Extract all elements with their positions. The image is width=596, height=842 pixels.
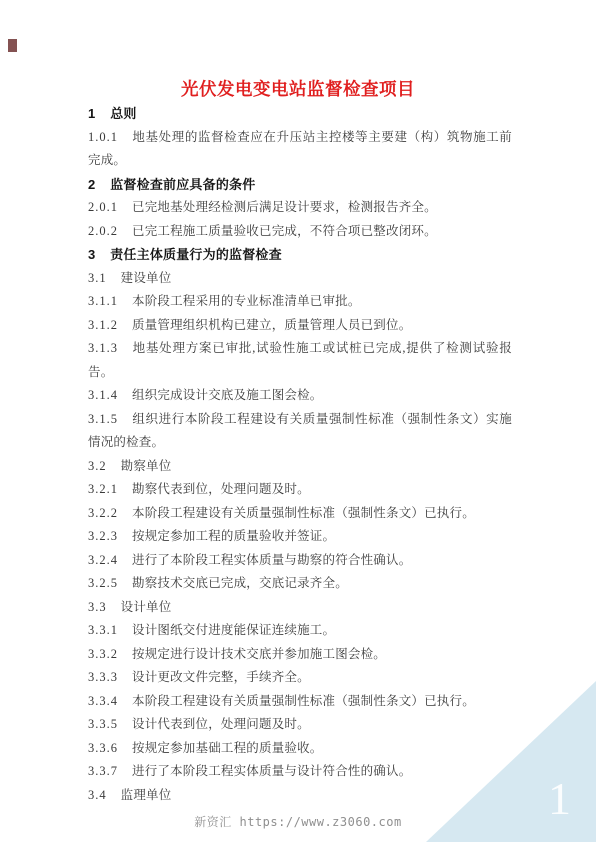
doc-line: 3.1.3地基处理方案已审批,试验性施工或试桩已完成,提供了检测试验报告。 <box>88 337 512 384</box>
clause-number: 3.3.5 <box>88 713 118 737</box>
clause-number: 3.3.4 <box>88 690 118 714</box>
doc-line: 3.1.2质量管理组织机构已建立，质量管理人员已到位。 <box>88 314 512 338</box>
doc-line: 3.3.7进行了本阶段工程实体质量与设计符合性的确认。 <box>88 760 512 784</box>
clause-number: 3.2.1 <box>88 478 118 502</box>
clause-number: 3 <box>88 243 96 267</box>
clause-number: 3.3.7 <box>88 760 118 784</box>
clause-text: 勘察代表到位，处理问题及时。 <box>132 482 310 496</box>
doc-line: 3.2勘察单位 <box>88 455 512 479</box>
doc-line: 3责任主体质量行为的监督检查 <box>88 243 512 267</box>
clause-number: 3.1.3 <box>88 337 118 361</box>
clause-number: 3.3.1 <box>88 619 118 643</box>
clause-text: 进行了本阶段工程实体质量与设计符合性的确认。 <box>132 764 411 778</box>
document-body: 1总则 1.0.1地基处理的监督检查应在升压站主控楼等主要建（构）筑物施工前完成… <box>88 102 512 807</box>
clause-text: 进行了本阶段工程实体质量与勘察的符合性确认。 <box>132 553 411 567</box>
clause-text: 地基处理的监督检查应在升压站主控楼等主要建（构）筑物施工前完成。 <box>88 130 512 168</box>
clause-text: 本阶段工程采用的专业标准清单已审批。 <box>132 294 361 308</box>
doc-line: 2.0.1已完地基处理经检测后满足设计要求，检测报告齐全。 <box>88 196 512 220</box>
doc-line: 2监督检查前应具备的条件 <box>88 173 512 197</box>
clause-number: 2.0.1 <box>88 196 118 220</box>
clause-text: 责任主体质量行为的监督检查 <box>110 247 282 262</box>
clause-text: 本阶段工程建设有关质量强制性标准（强制性条文）已执行。 <box>132 506 475 520</box>
clause-number: 3.2.2 <box>88 502 118 526</box>
clause-number: 2.0.2 <box>88 220 118 244</box>
doc-line: 3.2.1勘察代表到位，处理问题及时。 <box>88 478 512 502</box>
clause-number: 1.0.1 <box>88 126 118 150</box>
doc-line: 3.2.2本阶段工程建设有关质量强制性标准（强制性条文）已执行。 <box>88 502 512 526</box>
clause-number: 3.1.5 <box>88 408 118 432</box>
clause-text: 设计图纸交付进度能保证连续施工。 <box>132 623 335 637</box>
doc-line: 3.1.4组织完成设计交底及施工图会检。 <box>88 384 512 408</box>
clause-text: 已完地基处理经检测后满足设计要求，检测报告齐全。 <box>132 200 437 214</box>
doc-line: 3.1.5组织进行本阶段工程建设有关质量强制性标准（强制性条文）实施情况的检查。 <box>88 408 512 455</box>
doc-line: 3.1建设单位 <box>88 267 512 291</box>
clause-text: 质量管理组织机构已建立，质量管理人员已到位。 <box>132 318 411 332</box>
doc-line: 3.3设计单位 <box>88 596 512 620</box>
clause-number: 1 <box>88 102 96 126</box>
clause-number: 3.1.1 <box>88 290 118 314</box>
clause-number: 3.3 <box>88 596 107 620</box>
clause-text: 组织完成设计交底及施工图会检。 <box>132 388 323 402</box>
document-page: 光伏发电变电站监督检查项目 1总则 1.0.1地基处理的监督检查应在升压站主控楼… <box>0 0 596 842</box>
doc-line: 3.3.4本阶段工程建设有关质量强制性标准（强制性条文）已执行。 <box>88 690 512 714</box>
clause-number: 3.1 <box>88 267 107 291</box>
clause-text: 设计更改文件完整，手续齐全。 <box>132 670 310 684</box>
clause-text: 按规定参加工程的质量验收并签证。 <box>132 529 335 543</box>
clause-text: 已完工程施工质量验收已完成，不符合项已整改闭环。 <box>132 224 437 238</box>
clause-number: 2 <box>88 173 96 197</box>
clause-text: 地基处理方案已审批,试验性施工或试桩已完成,提供了检测试验报告。 <box>88 341 512 379</box>
clause-text: 按规定进行设计技术交底并参加施工图会检。 <box>132 647 386 661</box>
doc-line: 3.3.1设计图纸交付进度能保证连续施工。 <box>88 619 512 643</box>
clause-text: 勘察单位 <box>121 459 172 473</box>
clause-text: 本阶段工程建设有关质量强制性标准（强制性条文）已执行。 <box>132 694 475 708</box>
clause-number: 3.4 <box>88 784 107 808</box>
clause-number: 3.1.2 <box>88 314 118 338</box>
doc-line: 1总则 <box>88 102 512 126</box>
clause-number: 3.2.5 <box>88 572 118 596</box>
doc-line: 3.3.6按规定参加基础工程的质量验收。 <box>88 737 512 761</box>
footer-watermark: 新资汇 https://www.z3060.com <box>0 813 596 830</box>
clause-number: 3.1.4 <box>88 384 118 408</box>
clause-text: 设计代表到位，处理问题及时。 <box>132 717 310 731</box>
doc-line: 3.1.1本阶段工程采用的专业标准清单已审批。 <box>88 290 512 314</box>
doc-line: 3.4监理单位 <box>88 784 512 808</box>
doc-line: 3.3.2按规定进行设计技术交底并参加施工图会检。 <box>88 643 512 667</box>
clause-text: 勘察技术交底已完成，交底记录齐全。 <box>132 576 348 590</box>
clause-number: 3.2.4 <box>88 549 118 573</box>
clause-text: 监督检查前应具备的条件 <box>110 177 255 192</box>
clause-number: 3.3.2 <box>88 643 118 667</box>
clause-text: 建设单位 <box>121 271 172 285</box>
clause-text: 按规定参加基础工程的质量验收。 <box>132 741 323 755</box>
doc-line: 3.3.3设计更改文件完整，手续齐全。 <box>88 666 512 690</box>
clause-text: 组织进行本阶段工程建设有关质量强制性标准（强制性条文）实施情况的检查。 <box>88 412 512 450</box>
page-title: 光伏发电变电站监督检查项目 <box>0 76 596 101</box>
clause-text: 监理单位 <box>121 788 172 802</box>
clause-text: 总则 <box>110 106 136 121</box>
clause-number: 3.2.3 <box>88 525 118 549</box>
doc-line: 3.2.5勘察技术交底已完成，交底记录齐全。 <box>88 572 512 596</box>
doc-line: 3.2.3按规定参加工程的质量验收并签证。 <box>88 525 512 549</box>
clause-text: 设计单位 <box>121 600 172 614</box>
doc-line: 1.0.1地基处理的监督检查应在升压站主控楼等主要建（构）筑物施工前完成。 <box>88 126 512 173</box>
doc-line: 2.0.2已完工程施工质量验收已完成，不符合项已整改闭环。 <box>88 220 512 244</box>
clause-number: 3.3.3 <box>88 666 118 690</box>
clause-number: 3.2 <box>88 455 107 479</box>
clause-number: 3.3.6 <box>88 737 118 761</box>
doc-line: 3.3.5设计代表到位，处理问题及时。 <box>88 713 512 737</box>
doc-line: 3.2.4进行了本阶段工程实体质量与勘察的符合性确认。 <box>88 549 512 573</box>
smudge-artifact <box>8 39 17 52</box>
